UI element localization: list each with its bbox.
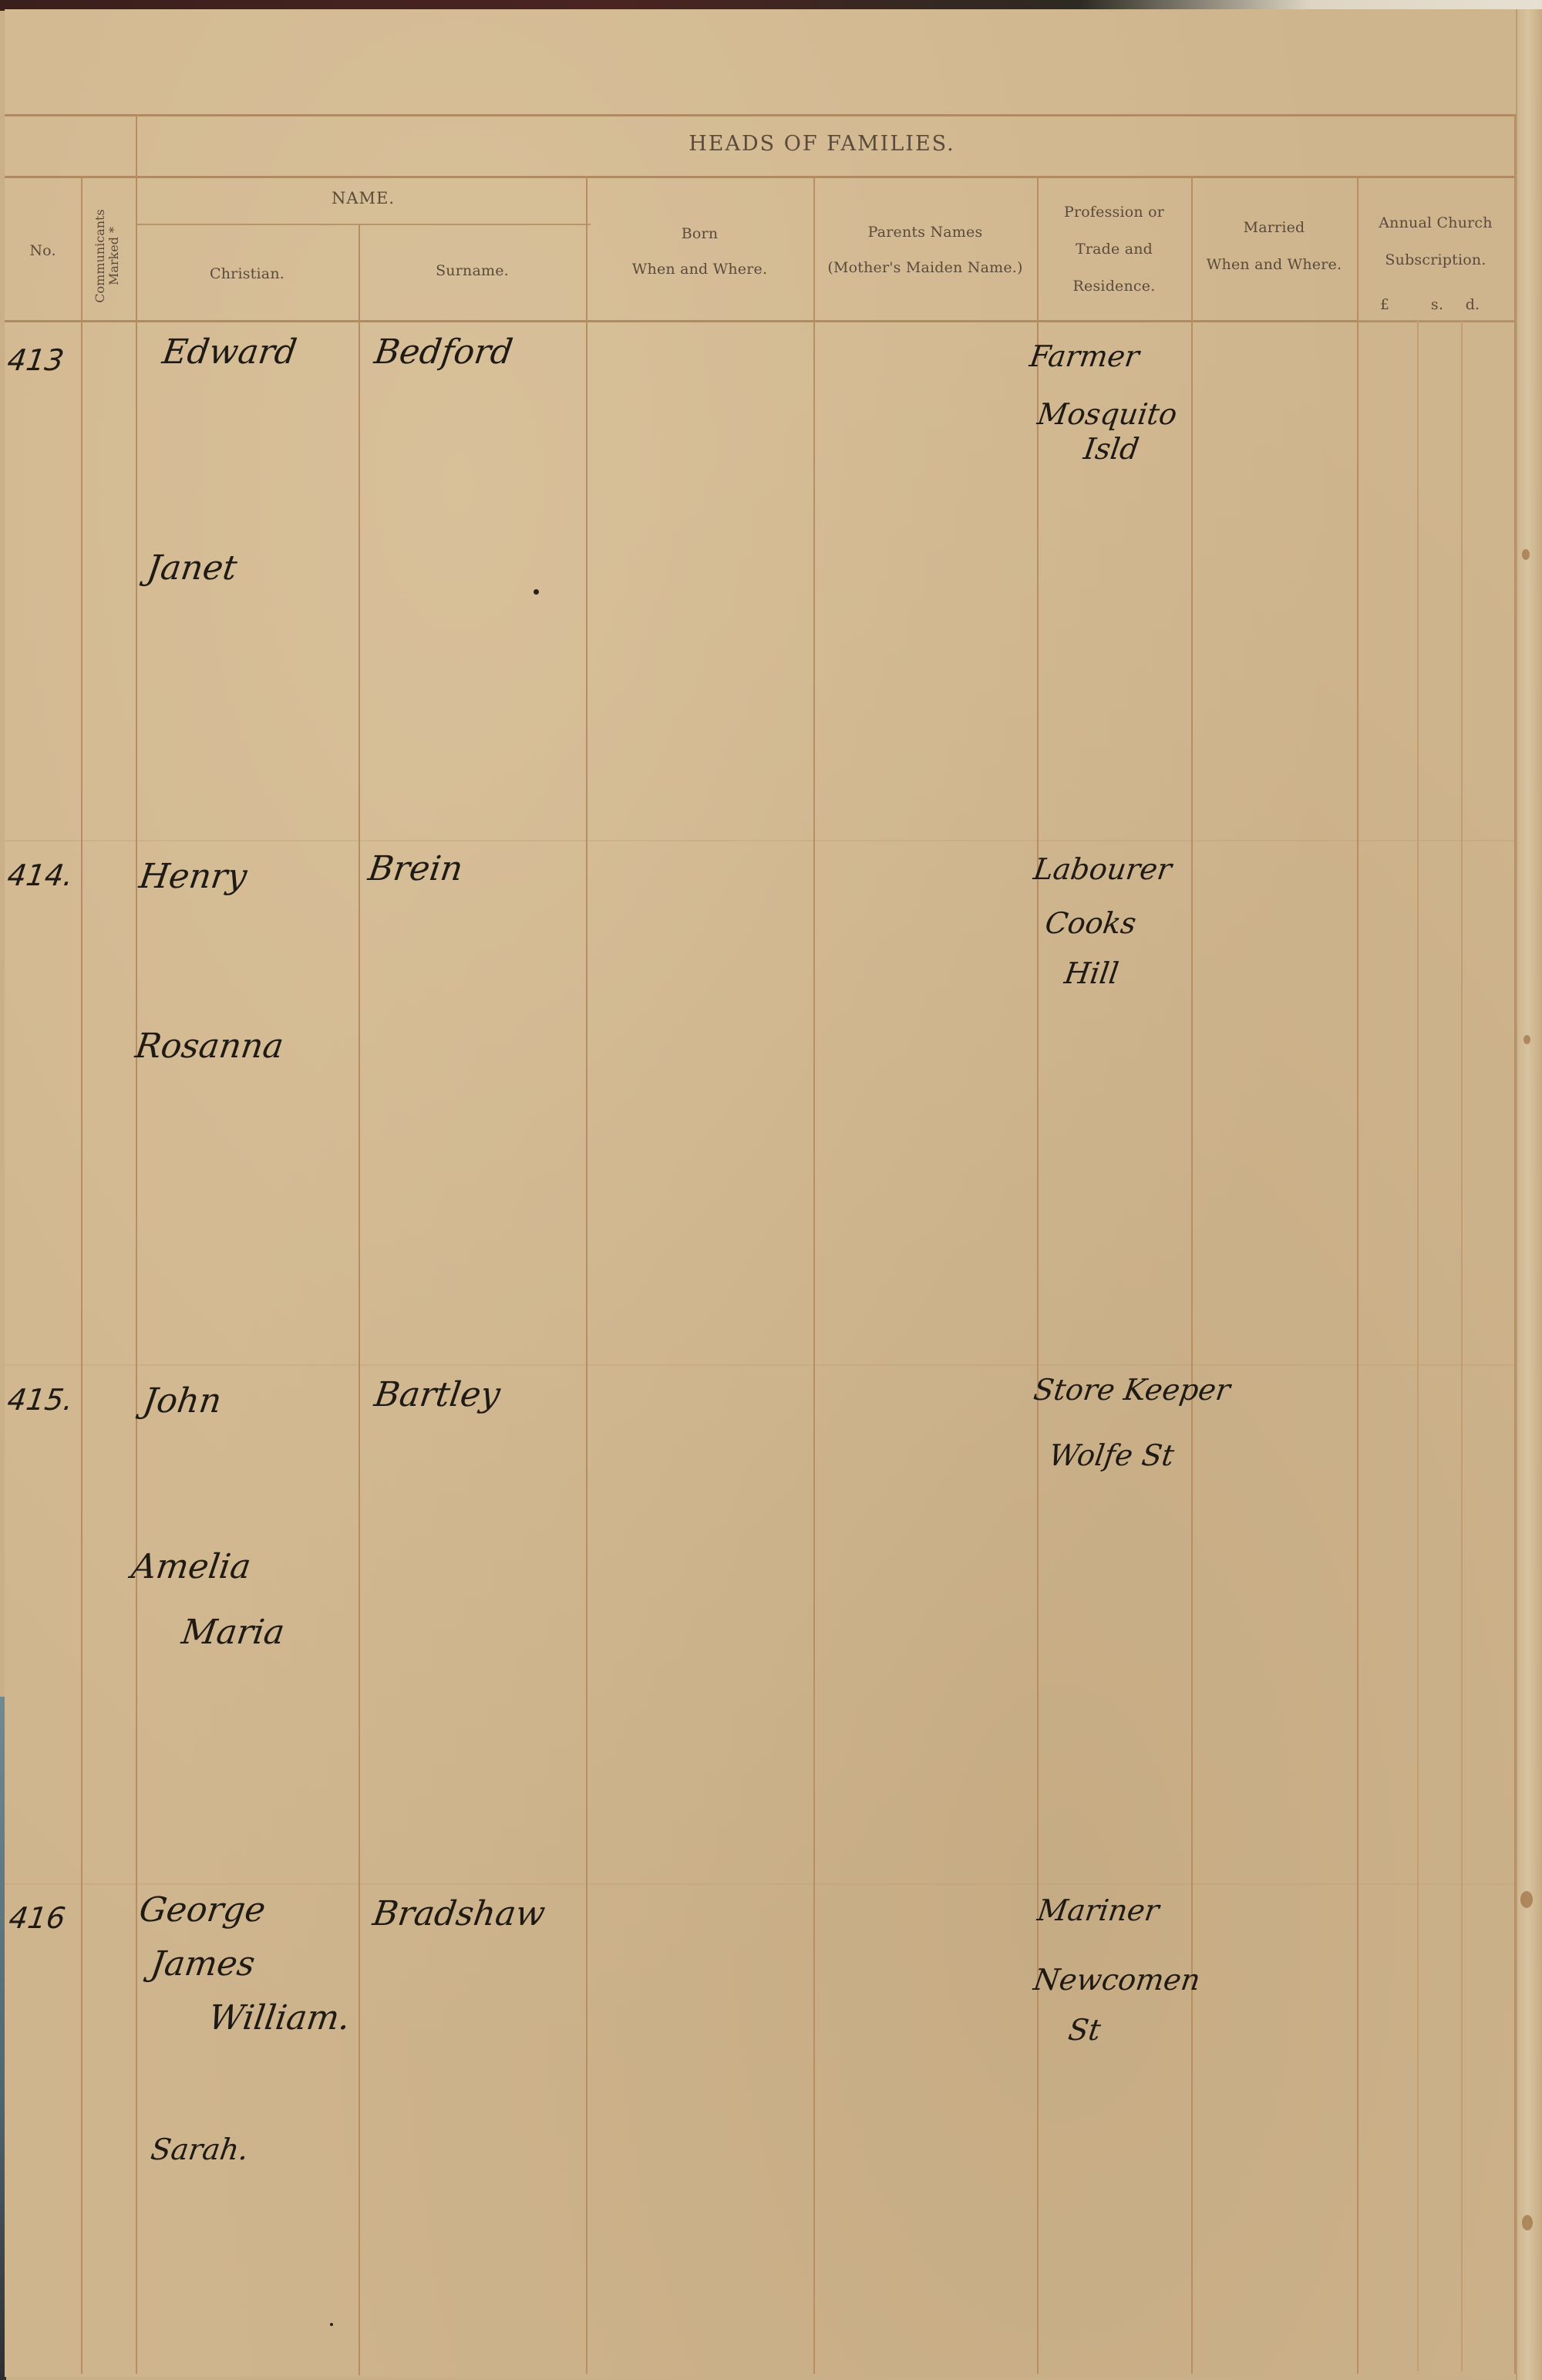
- title-bottom-rule: [5, 176, 1516, 178]
- register-page: HEADS OF FAMILIES. No. Communicants Mark…: [5, 9, 1516, 2377]
- col-rule-no: [81, 176, 82, 2374]
- page-edge: [1516, 9, 1542, 2380]
- entry-profession: Mariner: [1035, 1891, 1161, 1930]
- row-rule: [5, 1883, 1516, 1885]
- header-parents-line1: Parents Names: [813, 222, 1037, 242]
- entry-surname: Bradshaw: [370, 1895, 547, 1933]
- entry-surname: Bartley: [372, 1376, 502, 1414]
- header-parents-line2: (Mother's Maiden Name.): [813, 258, 1037, 278]
- entry-profession: Store Keeper: [1031, 1370, 1232, 1409]
- header-married-line1: Married: [1191, 217, 1357, 238]
- entry-christian-name: Edward: [160, 333, 298, 372]
- subscription-sub-rule: [1358, 320, 1516, 322]
- header-shillings: s.: [1422, 295, 1453, 315]
- entry-christian-name: Amelia: [129, 1548, 253, 1586]
- col-rule-surname: [586, 176, 588, 2374]
- header-subscription-line2: Subscription.: [1357, 250, 1514, 270]
- entry-christian-name: John: [140, 1382, 224, 1421]
- header-married-line2: When and Where.: [1191, 255, 1357, 275]
- entry-residence: Wolfe St: [1046, 1436, 1176, 1475]
- header-profession: Profession or Trade and Residence.: [1037, 202, 1191, 296]
- entry-christian-name: Maria: [179, 1613, 287, 1652]
- header-profession-line2: Trade and: [1037, 239, 1191, 259]
- stain-mark: [1522, 549, 1530, 560]
- header-married: Married When and Where.: [1191, 217, 1357, 275]
- header-subscription: Annual Church Subscription.: [1357, 213, 1514, 270]
- entry-christian-name: James: [148, 1945, 257, 1984]
- header-subscription-line1: Annual Church: [1357, 213, 1514, 233]
- header-profession-line1: Profession or: [1037, 202, 1191, 222]
- entry-profession: Farmer: [1027, 337, 1141, 376]
- name-group-rule: [136, 224, 591, 225]
- entry-christian-name: George: [136, 1891, 268, 1930]
- header-surname: Surname.: [359, 261, 586, 281]
- section-title: HEADS OF FAMILIES.: [591, 134, 1053, 154]
- col-rule-married: [1357, 176, 1359, 2374]
- stain-mark: [1520, 1891, 1533, 1908]
- entry-profession: Labourer: [1031, 850, 1173, 888]
- entry-christian-name: William.: [206, 1999, 352, 2038]
- header-profession-line3: Residence.: [1037, 276, 1191, 296]
- entry-residence: Isld: [1081, 430, 1141, 468]
- col-rule-christian: [359, 224, 360, 2375]
- header-top-rule: [5, 114, 1516, 116]
- col-rule-profession: [1191, 176, 1193, 2374]
- entry-surname: Bedford: [372, 333, 515, 372]
- entry-number: 415.: [5, 1380, 76, 1419]
- stain-mark: [1522, 2215, 1533, 2230]
- entry-christian-name: Henry: [136, 858, 249, 896]
- entry-residence: Mosquito: [1035, 395, 1179, 433]
- ink-speck: [330, 2323, 333, 2326]
- header-born-line2: When and Where.: [586, 259, 813, 279]
- entry-christian-name: Rosanna: [133, 1027, 285, 1066]
- row-rule: [5, 1364, 1516, 1366]
- entry-christian-name: Janet: [144, 549, 239, 588]
- header-communicants-line1: Communicants: [93, 190, 107, 322]
- col-rule-pounds: [1417, 320, 1419, 2372]
- entry-residence: Hill: [1062, 954, 1121, 993]
- ink-speck: [534, 589, 539, 595]
- col-rule-communicants: [136, 114, 137, 2374]
- row-rule: [5, 840, 1516, 841]
- entry-residence: Newcomen: [1031, 1960, 1202, 1999]
- header-bottom-rule: [5, 320, 1516, 322]
- header-born-line1: Born: [586, 224, 813, 244]
- header-communicants-line2: Marked *: [107, 190, 121, 322]
- col-rule-shillings: [1461, 320, 1463, 2372]
- header-parents: Parents Names (Mother's Maiden Name.): [813, 222, 1037, 278]
- header-name-group: NAME.: [136, 188, 591, 208]
- entry-number: 413: [5, 341, 66, 379]
- entry-surname: Brein: [365, 850, 465, 888]
- header-born: Born When and Where.: [586, 224, 813, 279]
- stain-mark: [1523, 1035, 1530, 1044]
- entry-residence: St: [1066, 2011, 1103, 2049]
- entry-residence: Cooks: [1042, 904, 1138, 942]
- col-rule-born: [813, 176, 815, 2374]
- entry-number: 414.: [5, 856, 76, 895]
- entry-number: 416: [6, 1899, 68, 1937]
- header-christian: Christian.: [136, 264, 359, 284]
- entry-christian-name: Sarah.: [148, 2130, 251, 2169]
- header-pence: d.: [1457, 295, 1488, 315]
- header-pounds: £: [1369, 295, 1400, 315]
- header-communicants: Communicants Marked *: [93, 190, 124, 322]
- header-no: No.: [5, 241, 81, 261]
- col-rule-parents: [1037, 176, 1039, 2374]
